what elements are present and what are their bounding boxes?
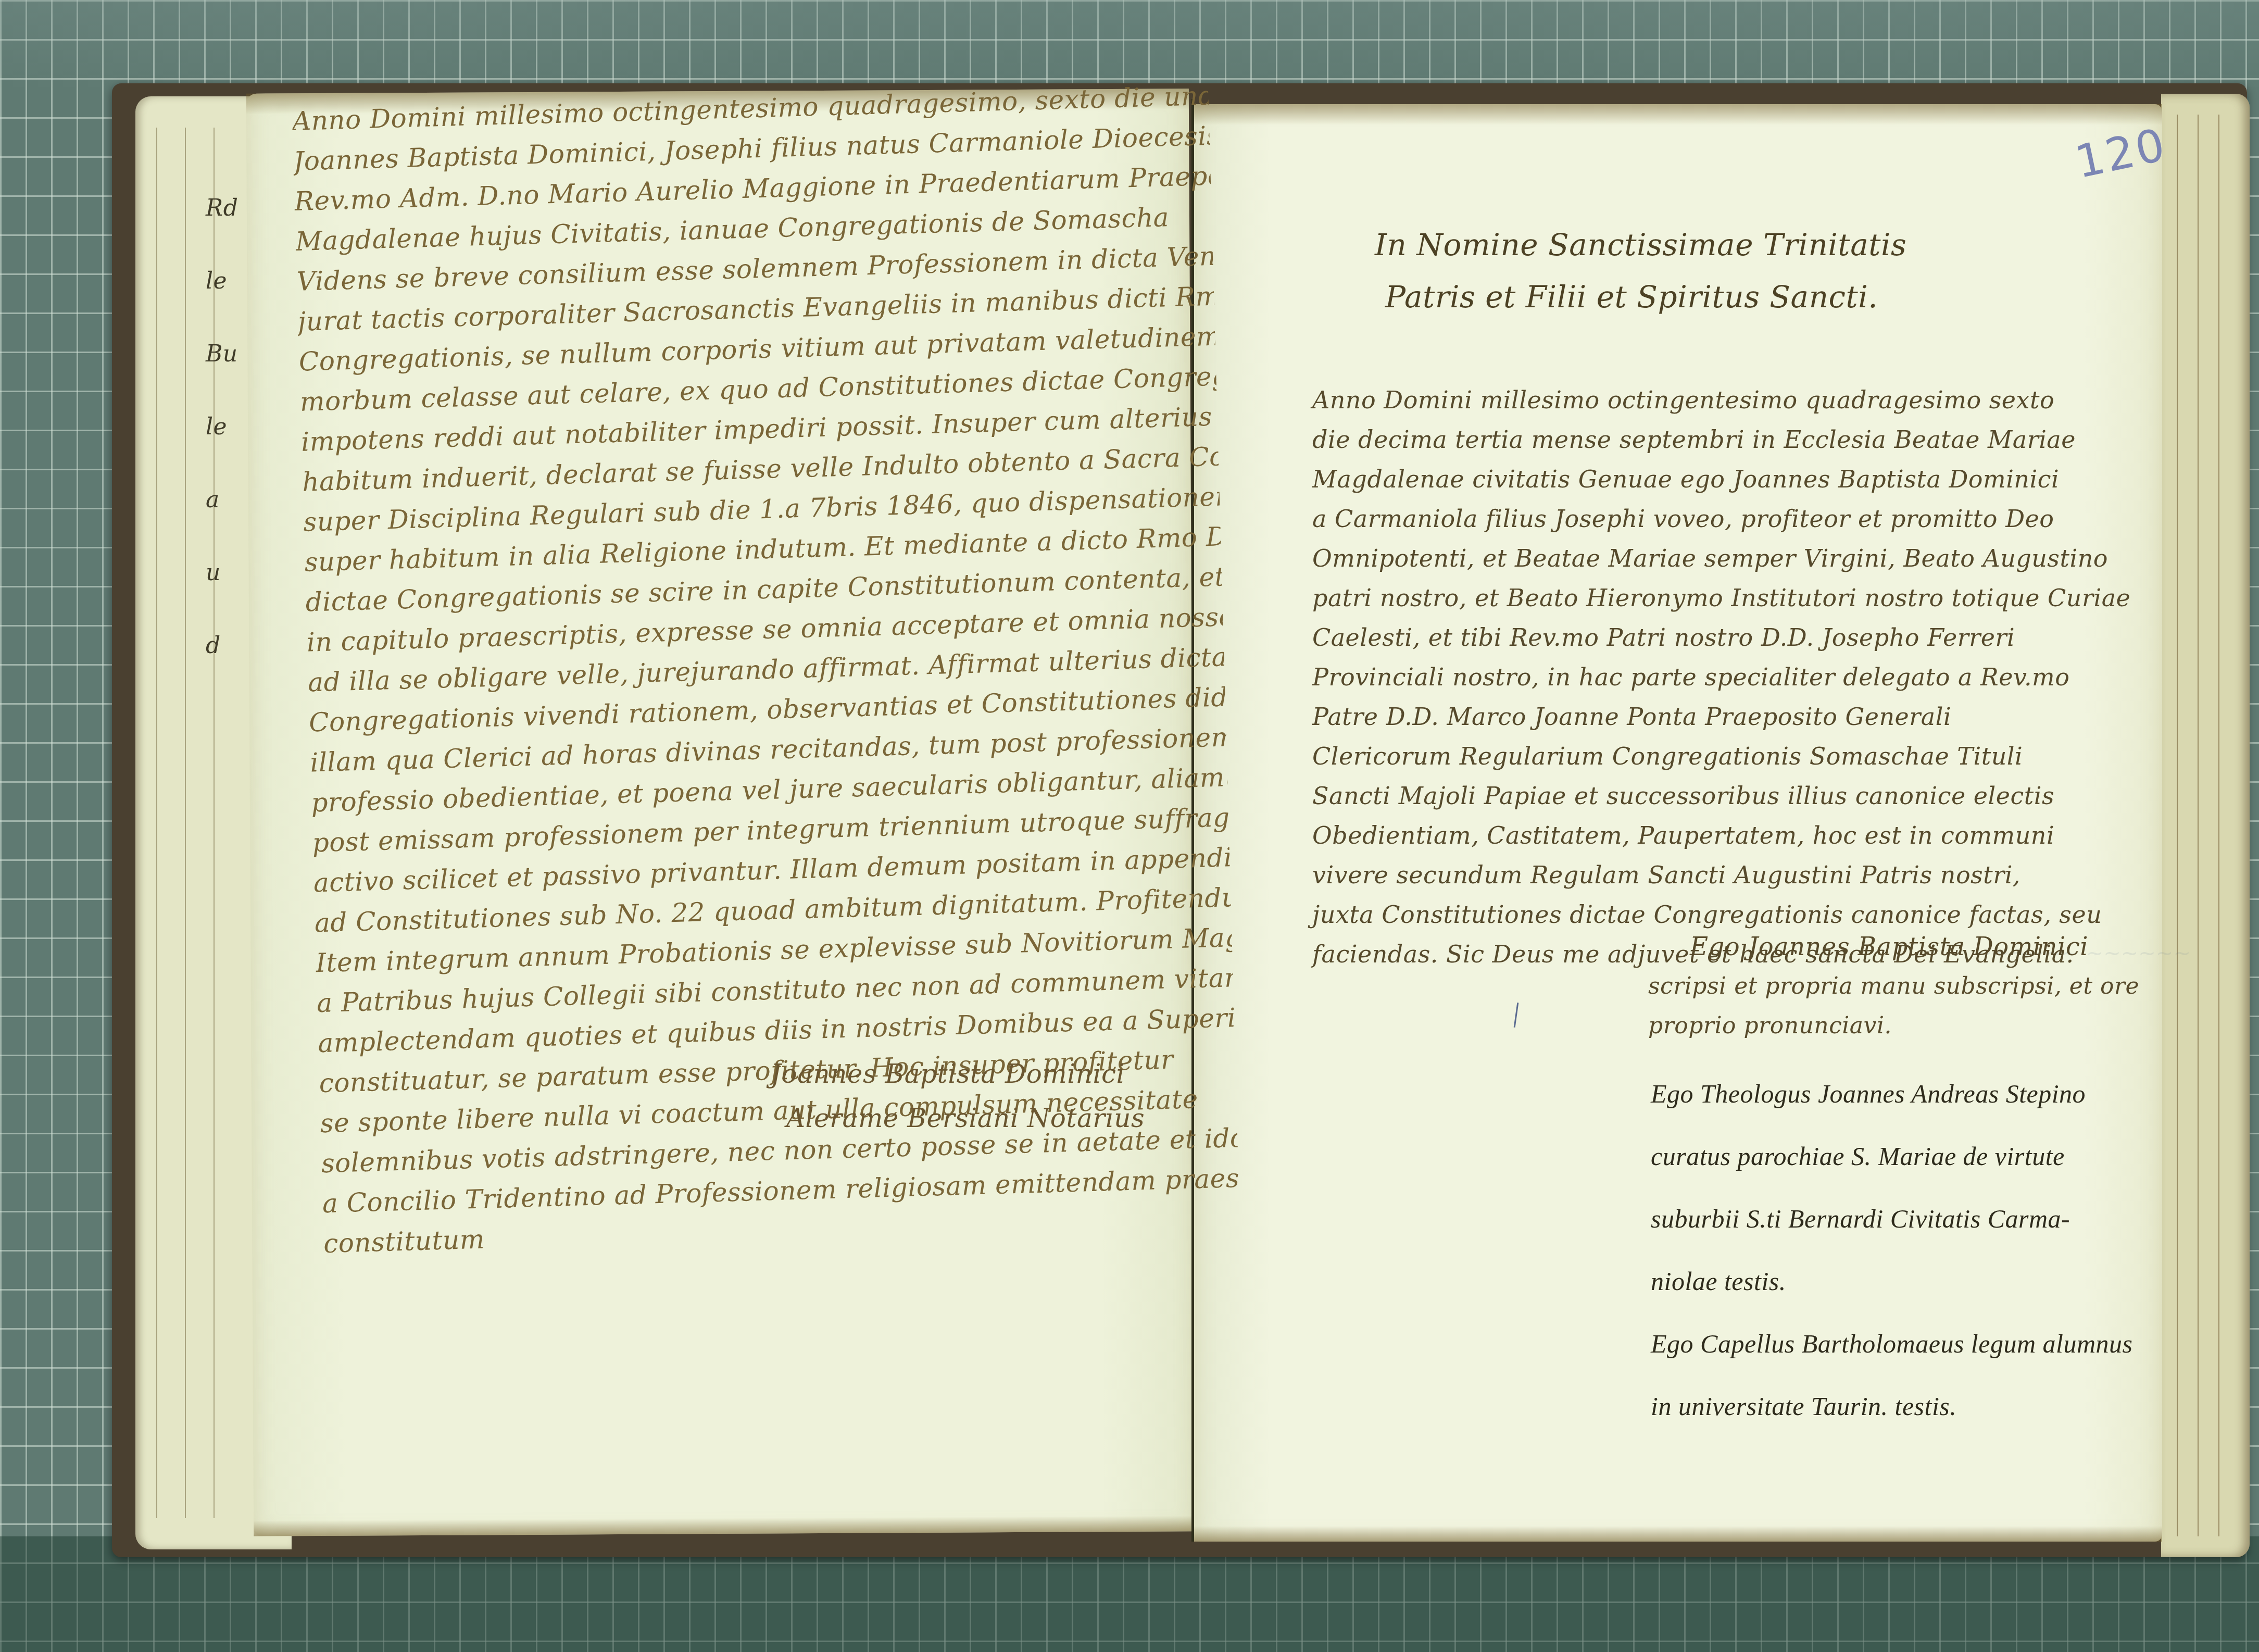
margin-fragment: Rd — [206, 172, 238, 245]
invocation-heading: In Nomine Sanctissimae Trinitatis Patris… — [1375, 219, 1906, 323]
text-line: Omnipotenti, et Beatae Mariae semper Vir… — [1312, 539, 2130, 578]
margin-fragment: le — [206, 245, 238, 318]
text-line: Anno Domini millesimo octingentesimo qua… — [1312, 380, 2130, 420]
left-margin-fragments: Rd le Bu le a u d — [206, 172, 238, 682]
page-stain-bottom — [1194, 1526, 2162, 1542]
page-edge — [2198, 115, 2199, 1536]
margin-fragment: Bu — [206, 318, 238, 391]
text-line: die decima tertia mense septembri in Ecc… — [1312, 420, 2130, 459]
signature-professant: Joannes Baptista Dominici — [771, 1052, 1145, 1096]
right-page-stack — [2161, 94, 2250, 1557]
signature-line: scripsi et propria manu subscripsi, et o… — [1648, 967, 2139, 1006]
text-line: patri nostro, et Beato Hieronymo Institu… — [1312, 578, 2130, 618]
page-stain-top — [1194, 104, 2162, 125]
page-edge — [2177, 115, 2178, 1536]
margin-fragment: d — [206, 609, 238, 682]
text-line: a Carmaniola filius Josephi voveo, profi… — [1312, 499, 2130, 539]
signature-line: proprio pronunciavi. — [1648, 1006, 2139, 1046]
signature-notary: Alerame Bersiani Notarius — [786, 1096, 1145, 1141]
margin-fragment: a — [206, 464, 238, 536]
text-line: Patre D.D. Marco Joanne Ponta Praeposito… — [1312, 697, 2130, 736]
witness-attestations: Ego Theologus Joannes Andreas Stepino cu… — [1651, 1062, 2133, 1437]
left-page-signatures: Joannes Baptista Dominici Alerame Bersia… — [771, 1052, 1145, 1141]
witness-line: niolae testis. — [1651, 1250, 2133, 1312]
cutting-mat-top — [0, 0, 2259, 89]
witness-line: curatus parochiae S. Mariae de virtute — [1651, 1125, 2133, 1187]
text-line: Obedientiam, Castitatem, Paupertatem, ho… — [1312, 816, 2130, 855]
heading-line: Patris et Filii et Spiritus Sancti. — [1385, 271, 1906, 323]
page-edge — [156, 128, 157, 1518]
witness-line: Ego Capellus Bartholomaeus legum alumnus — [1651, 1312, 2133, 1375]
declarant-signature-block: Ego Joannes Baptista Dominici scripsi et… — [1648, 927, 2139, 1046]
page-edge — [185, 128, 186, 1518]
witness-line: suburbii S.ti Bernardi Civitatis Carma- — [1651, 1187, 2133, 1250]
text-line: Caelesti, et tibi Rev.mo Patri nostro D.… — [1312, 618, 2130, 657]
signature-line: Ego Joannes Baptista Dominici — [1690, 927, 2139, 967]
text-line: vivere secundum Regulam Sancti Augustini… — [1312, 855, 2130, 895]
witness-line: Ego Theologus Joannes Andreas Stepino — [1651, 1062, 2133, 1125]
heading-line: In Nomine Sanctissimae Trinitatis — [1375, 219, 1906, 271]
margin-fragment: le — [206, 391, 238, 464]
text-line: Provinciali nostro, in hac parte special… — [1312, 657, 2130, 697]
witness-line: in universitate Taurin. testis. — [1651, 1375, 2133, 1437]
text-line: Magdalenae civitatis Genuae ego Joannes … — [1312, 459, 2130, 499]
vow-formula-text: Anno Domini millesimo octingentesimo qua… — [1312, 380, 2130, 974]
text-line: Clericorum Regularium Congregationis Som… — [1312, 736, 2130, 776]
page-edge — [2218, 115, 2219, 1536]
text-line: Sancti Majoli Papiae et successoribus il… — [1312, 776, 2130, 816]
margin-fragment: u — [206, 536, 238, 609]
